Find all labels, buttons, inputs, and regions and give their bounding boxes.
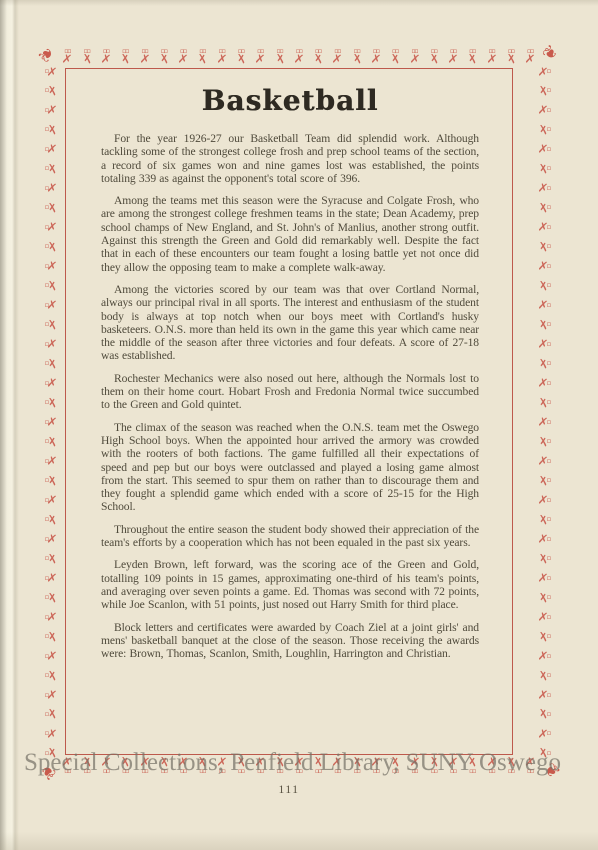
border-ornament-icon: ▫✗ <box>534 120 557 139</box>
ornament-vine-icon: ✗ <box>120 52 132 65</box>
ornament-vine-icon: ✗ <box>47 377 59 390</box>
ornament-vine-icon: ✗ <box>537 377 549 390</box>
ornament-vine-icon: ✗ <box>47 474 59 487</box>
border-ornament-icon: ▫▫✗ <box>482 45 501 68</box>
border-ornament-icon: ▫✗ <box>40 257 63 276</box>
border-ornament-icon: ▫✗ <box>40 549 63 568</box>
ornament-vine-icon: ✗ <box>274 52 286 65</box>
ornament-vine-icon: ✗ <box>537 182 549 195</box>
ornament-vine-icon: ✗ <box>537 396 549 409</box>
book-page-edge-shadow <box>0 0 19 850</box>
border-ornament-icon: ▫✗ <box>40 432 63 451</box>
border-ornament-icon: ▫✗ <box>534 393 557 412</box>
border-ornament-icon: ▫✗ <box>534 354 557 373</box>
border-ornament-icon: ▫✗ <box>40 296 63 315</box>
ornament-vine-icon: ✗ <box>537 299 549 312</box>
border-ornament-icon: ▫✗ <box>534 198 557 217</box>
scan-bottom-shadow <box>0 832 598 850</box>
ornament-vine-icon: ✗ <box>447 52 459 65</box>
ornament-vine-icon: ✗ <box>537 455 549 468</box>
paragraph: For the year 1926-27 our Basketball Team… <box>101 132 479 185</box>
border-ornament-icon: ▫✗ <box>40 724 63 743</box>
ornament-vine-icon: ✗ <box>537 84 549 97</box>
paragraph: Throughout the entire season the student… <box>101 523 479 550</box>
border-ornament-icon: ▫✗ <box>40 101 63 120</box>
ornament-vine-icon: ✗ <box>505 52 517 65</box>
page-content: Basketball For the year 1926-27 our Bask… <box>101 84 479 669</box>
ornament-vine-icon: ✗ <box>47 435 59 448</box>
border-ornament-icon: ▫▫✗ <box>77 45 96 68</box>
border-ornament-icon: ▫✗ <box>534 140 557 159</box>
border-ornament-icon: ▫✗ <box>40 354 63 373</box>
ornament-vine-icon: ✗ <box>47 240 59 253</box>
border-ornament-icon: ▫✗ <box>40 530 63 549</box>
border-ornament-icon: ▫▫✗ <box>289 45 308 68</box>
border-ornament-icon: ▫▫✗ <box>251 45 270 68</box>
ornament-vine-icon: ✗ <box>537 610 549 623</box>
ornament-vine-icon: ✗ <box>47 688 59 701</box>
ornament-vine-icon: ✗ <box>47 221 59 234</box>
ornament-vine-icon: ✗ <box>197 52 209 65</box>
border-ornament-icon: ▫✗ <box>534 705 557 724</box>
ornament-vine-icon: ✗ <box>537 104 549 117</box>
ornament-vine-icon: ✗ <box>537 240 549 253</box>
border-ornament-icon: ▫✗ <box>40 491 63 510</box>
paragraph: The climax of the season was reached whe… <box>101 421 479 514</box>
border-ornament-icon: ▫▫✗ <box>309 45 328 68</box>
ornament-vine-icon: ✗ <box>537 532 549 545</box>
border-ornament-icon: ▫▫✗ <box>347 45 366 68</box>
paragraph: Among the teams met this season were the… <box>101 194 479 274</box>
border-ornament-icon: ▫✗ <box>40 666 63 685</box>
border-ornament-icon: ▫✗ <box>534 296 557 315</box>
border-ornament-icon: ▫✗ <box>534 724 557 743</box>
border-ornament-icon: ▫▫✗ <box>386 45 405 68</box>
border-ornament-icon: ▫✗ <box>534 647 557 666</box>
border-ornament-icon: ▫✗ <box>40 588 63 607</box>
ornament-vine-icon: ✗ <box>47 708 59 721</box>
border-ornament-icon: ▫✗ <box>534 549 557 568</box>
ornament-vine-icon: ✗ <box>370 52 382 65</box>
border-ornament-icon: ▫✗ <box>40 198 63 217</box>
watermark: Special Collections, Penfield Library, S… <box>24 749 561 777</box>
border-ornament-icon: ▫✗ <box>40 374 63 393</box>
border-ornament-icon: ▫✗ <box>40 393 63 412</box>
border-ornament-icon: ▫✗ <box>534 686 557 705</box>
border-ornament-icon: ▫✗ <box>534 452 557 471</box>
border-ornament-icon: ▫✗ <box>534 315 557 334</box>
ornament-vine-icon: ✗ <box>537 435 549 448</box>
border-ornament-icon: ▫✗ <box>534 510 557 529</box>
border-ornament-icon: ▫▫✗ <box>193 45 212 68</box>
paragraph: Block letters and certificates were awar… <box>101 621 479 661</box>
border-ornament-icon: ▫✗ <box>40 471 63 490</box>
border-ornament-icon: ▫✗ <box>40 627 63 646</box>
border-ornament-icon: ▫▫✗ <box>424 45 443 68</box>
ornament-vine-icon: ✗ <box>537 630 549 643</box>
border-ornament-icon: ▫✗ <box>534 101 557 120</box>
ornament-vine-icon: ✗ <box>537 162 549 175</box>
ornament-vine-icon: ✗ <box>537 143 549 156</box>
border-ornament-icon: ▫✗ <box>534 471 557 490</box>
ornament-vine-icon: ✗ <box>254 52 266 65</box>
ornament-vine-icon: ✗ <box>537 513 549 526</box>
paragraph: Among the victories scored by our team w… <box>101 283 479 363</box>
ornament-vine-icon: ✗ <box>537 338 549 351</box>
ornamental-border-left: ▫✗▫✗▫✗▫✗▫✗▫✗▫✗▫✗▫✗▫✗▫✗▫✗▫✗▫✗▫✗▫✗▫✗▫✗▫✗▫✗… <box>40 62 63 763</box>
ornament-vine-icon: ✗ <box>47 396 59 409</box>
border-ornament-icon: ▫▫✗ <box>97 45 116 68</box>
ornament-vine-icon: ✗ <box>47 299 59 312</box>
ornament-vine-icon: ✗ <box>158 52 170 65</box>
border-ornament-icon: ▫✗ <box>534 374 557 393</box>
border-ornament-icon: ▫✗ <box>40 413 63 432</box>
border-ornament-icon: ▫✗ <box>40 452 63 471</box>
ornament-vine-icon: ✗ <box>47 84 59 97</box>
ornament-vine-icon: ✗ <box>47 279 59 292</box>
ornament-vine-icon: ✗ <box>537 260 549 273</box>
ornament-vine-icon: ✗ <box>389 52 401 65</box>
border-ornament-icon: ▫▫✗ <box>501 45 520 68</box>
ornament-vine-icon: ✗ <box>47 591 59 604</box>
border-ornament-icon: ▫✗ <box>534 237 557 256</box>
ornament-vine-icon: ✗ <box>47 669 59 682</box>
ornament-vine-icon: ✗ <box>47 532 59 545</box>
ornament-vine-icon: ✗ <box>293 52 305 65</box>
border-ornament-icon: ▫✗ <box>534 159 557 178</box>
border-ornament-icon: ▫✗ <box>534 179 557 198</box>
ornament-vine-icon: ✗ <box>537 357 549 370</box>
border-ornament-icon: ▫✗ <box>40 237 63 256</box>
ornament-vine-icon: ✗ <box>486 52 498 65</box>
border-ornament-icon: ▫✗ <box>534 569 557 588</box>
border-ornament-icon: ▫✗ <box>40 608 63 627</box>
border-ornament-icon: ▫▫✗ <box>135 45 154 68</box>
ornament-vine-icon: ✗ <box>409 52 421 65</box>
border-ornament-icon: ▫▫✗ <box>212 45 231 68</box>
border-ornament-icon: ▫✗ <box>534 608 557 627</box>
border-ornament-icon: ▫▫✗ <box>405 45 424 68</box>
ornament-vine-icon: ✗ <box>47 201 59 214</box>
border-ornament-icon: ▫✗ <box>534 588 557 607</box>
border-ornament-icon: ▫✗ <box>534 276 557 295</box>
border-ornament-icon: ▫✗ <box>40 335 63 354</box>
border-ornament-icon: ▫✗ <box>40 510 63 529</box>
ornament-vine-icon: ✗ <box>467 52 479 65</box>
border-ornament-icon: ▫✗ <box>40 159 63 178</box>
border-ornament-icon: ▫✗ <box>40 686 63 705</box>
border-ornament-icon: ▫✗ <box>534 413 557 432</box>
border-ornament-icon: ▫✗ <box>534 530 557 549</box>
ornament-vine-icon: ✗ <box>47 727 59 740</box>
ornament-vine-icon: ✗ <box>47 182 59 195</box>
ornament-vine-icon: ✗ <box>332 52 344 65</box>
ornament-vine-icon: ✗ <box>62 52 74 65</box>
border-ornament-icon: ▫✗ <box>40 120 63 139</box>
border-ornament-icon: ▫✗ <box>534 335 557 354</box>
border-ornament-icon: ▫✗ <box>40 276 63 295</box>
ornament-vine-icon: ✗ <box>47 513 59 526</box>
ornament-vine-icon: ✗ <box>47 65 59 78</box>
ornament-vine-icon: ✗ <box>47 494 59 507</box>
ornament-vine-icon: ✗ <box>537 221 549 234</box>
ornamental-border-right: ▫✗▫✗▫✗▫✗▫✗▫✗▫✗▫✗▫✗▫✗▫✗▫✗▫✗▫✗▫✗▫✗▫✗▫✗▫✗▫✗… <box>534 62 557 763</box>
ornament-vine-icon: ✗ <box>47 143 59 156</box>
border-ornament-icon: ▫✗ <box>534 627 557 646</box>
ornament-vine-icon: ✗ <box>537 552 549 565</box>
border-ornament-icon: ▫✗ <box>40 179 63 198</box>
ornament-vine-icon: ✗ <box>47 416 59 429</box>
ornament-vine-icon: ✗ <box>177 52 189 65</box>
border-ornament-icon: ▫▫✗ <box>232 45 251 68</box>
border-ornament-icon: ▫✗ <box>40 569 63 588</box>
ornament-vine-icon: ✗ <box>139 52 151 65</box>
ornament-vine-icon: ✗ <box>537 727 549 740</box>
border-ornament-icon: ▫✗ <box>534 81 557 100</box>
ornament-vine-icon: ✗ <box>47 162 59 175</box>
border-ornament-icon: ▫✗ <box>534 491 557 510</box>
border-ornament-icon: ▫✗ <box>534 257 557 276</box>
ornament-vine-icon: ✗ <box>47 357 59 370</box>
border-ornament-icon: ▫▫✗ <box>116 45 135 68</box>
ornament-vine-icon: ✗ <box>47 318 59 331</box>
border-ornament-icon: ▫✗ <box>534 218 557 237</box>
border-ornament-icon: ▫✗ <box>40 315 63 334</box>
paragraph: Rochester Mechanics were also nosed out … <box>101 372 479 412</box>
ornament-vine-icon: ✗ <box>537 494 549 507</box>
ornament-vine-icon: ✗ <box>537 688 549 701</box>
ornament-vine-icon: ✗ <box>537 201 549 214</box>
ornament-vine-icon: ✗ <box>216 52 228 65</box>
border-ornament-icon: ▫✗ <box>40 81 63 100</box>
ornament-vine-icon: ✗ <box>47 338 59 351</box>
border-ornament-icon: ▫▫✗ <box>174 45 193 68</box>
page-number: 111 <box>65 784 513 796</box>
ornament-vine-icon: ✗ <box>537 649 549 662</box>
scan-top-shadow <box>0 0 598 6</box>
ornament-vine-icon: ✗ <box>47 104 59 117</box>
border-ornament-icon: ▫✗ <box>534 62 557 81</box>
ornament-vine-icon: ✗ <box>47 610 59 623</box>
ornament-vine-icon: ✗ <box>81 52 93 65</box>
ornamental-border-top: ▫▫✗▫▫✗▫▫✗▫▫✗▫▫✗▫▫✗▫▫✗▫▫✗▫▫✗▫▫✗▫▫✗▫▫✗▫▫✗▫… <box>58 45 540 68</box>
ornament-vine-icon: ✗ <box>47 571 59 584</box>
ornament-vine-icon: ✗ <box>537 571 549 584</box>
paragraph: Leyden Brown, left forward, was the scor… <box>101 558 479 611</box>
ornament-vine-icon: ✗ <box>47 455 59 468</box>
border-ornament-icon: ▫✗ <box>534 666 557 685</box>
ornament-vine-icon: ✗ <box>537 318 549 331</box>
ornament-vine-icon: ✗ <box>351 52 363 65</box>
ornament-vine-icon: ✗ <box>47 123 59 136</box>
ornament-vine-icon: ✗ <box>537 123 549 136</box>
border-ornament-icon: ▫▫✗ <box>154 45 173 68</box>
border-ornament-icon: ▫▫✗ <box>444 45 463 68</box>
border-ornament-icon: ▫✗ <box>40 705 63 724</box>
border-ornament-icon: ▫▫✗ <box>367 45 386 68</box>
ornament-vine-icon: ✗ <box>47 630 59 643</box>
ornament-vine-icon: ✗ <box>47 552 59 565</box>
page-title: Basketball <box>101 84 479 117</box>
scanned-yearbook-page: { "document": { "title": "Basketball", "… <box>0 0 598 850</box>
ornament-vine-icon: ✗ <box>537 708 549 721</box>
ornament-vine-icon: ✗ <box>428 52 440 65</box>
ornament-vine-icon: ✗ <box>47 649 59 662</box>
border-ornament-icon: ▫▫✗ <box>463 45 482 68</box>
border-ornament-icon: ▫✗ <box>40 647 63 666</box>
border-ornament-icon: ▫✗ <box>534 432 557 451</box>
ornament-vine-icon: ✗ <box>537 591 549 604</box>
ornament-vine-icon: ✗ <box>537 65 549 78</box>
border-ornament-icon: ▫▫✗ <box>328 45 347 68</box>
ornament-vine-icon: ✗ <box>537 474 549 487</box>
ornament-vine-icon: ✗ <box>312 52 324 65</box>
ornament-vine-icon: ✗ <box>537 416 549 429</box>
ornament-vine-icon: ✗ <box>537 279 549 292</box>
ornament-vine-icon: ✗ <box>235 52 247 65</box>
border-ornament-icon: ▫✗ <box>40 140 63 159</box>
border-ornament-icon: ▫▫✗ <box>270 45 289 68</box>
ornament-vine-icon: ✗ <box>47 260 59 273</box>
ornament-vine-icon: ✗ <box>537 669 549 682</box>
border-ornament-icon: ▫✗ <box>40 218 63 237</box>
ornament-vine-icon: ✗ <box>100 52 112 65</box>
